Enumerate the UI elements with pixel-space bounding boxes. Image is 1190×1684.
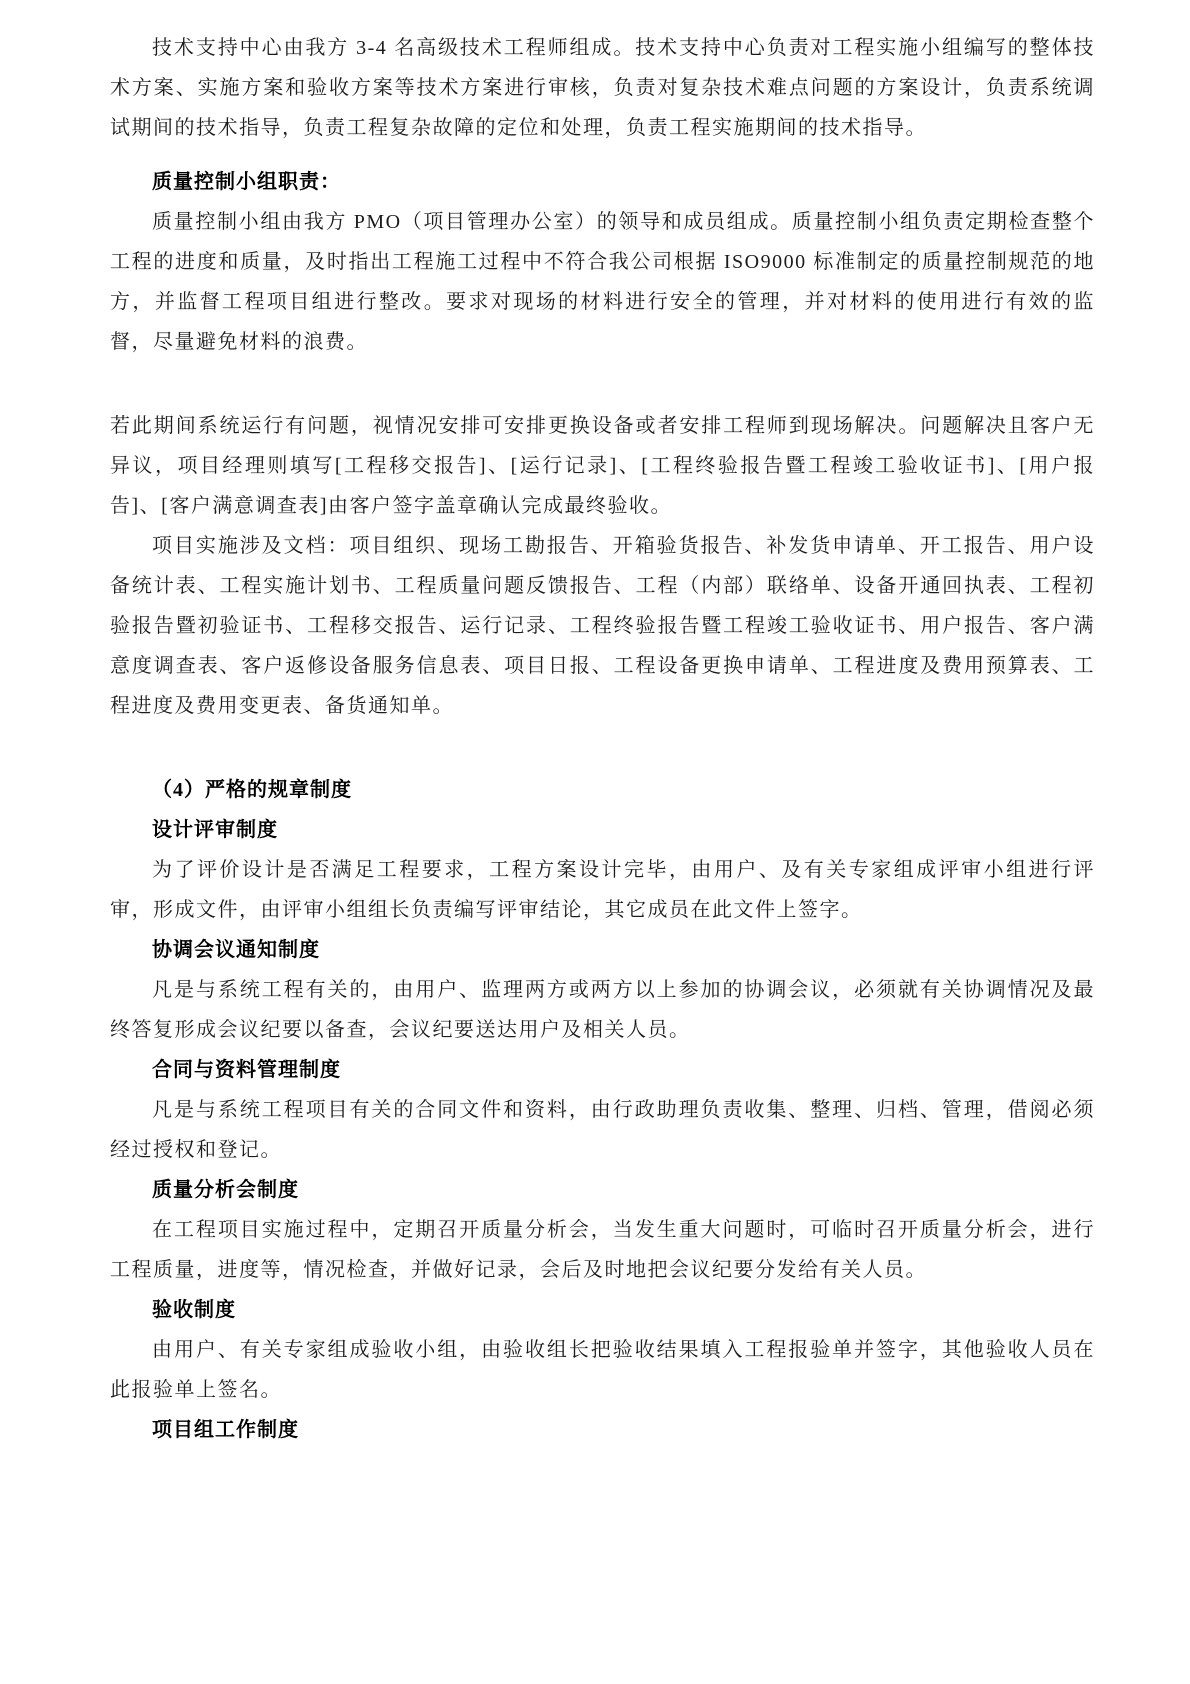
heading-quality-control-duties: 质量控制小组职责： (110, 162, 1095, 202)
blank-line (110, 362, 1095, 406)
paragraph-contract-archive-management: 凡是与系统工程项目有关的合同文件和资料，由行政助理负责收集、整理、归档、管理，借… (110, 1090, 1095, 1170)
blank-line (110, 726, 1095, 770)
paragraph-final-acceptance: 若此期间系统运行有问题，视情况安排可安排更换设备或者安排工程师到现场解决。问题解… (110, 406, 1095, 526)
paragraph-coordination-meeting-notice: 凡是与系统工程有关的，由用户、监理两方或两方以上参加的协调会议，必须就有关协调情… (110, 970, 1095, 1050)
heading-quality-analysis-meeting: 质量分析会制度 (110, 1170, 1095, 1210)
paragraph-acceptance-rule: 由用户、有关专家组成验收小组，由验收组长把验收结果填入工程报验单并签字，其他验收… (110, 1330, 1095, 1410)
heading-coordination-meeting-notice: 协调会议通知制度 (110, 930, 1095, 970)
paragraph-tech-support-center: 技术支持中心由我方 3-4 名高级技术工程师组成。技术支持中心负责对工程实施小组… (110, 28, 1095, 148)
heading-contract-archive-management: 合同与资料管理制度 (110, 1050, 1095, 1090)
paragraph-quality-analysis-meeting: 在工程项目实施过程中，定期召开质量分析会，当发生重大问题时，可临时召开质量分析会… (110, 1210, 1095, 1290)
heading-project-team-rule: 项目组工作制度 (110, 1410, 1095, 1450)
paragraph-quality-control-duties: 质量控制小组由我方 PMO（项目管理办公室）的领导和成员组成。质量控制小组负责定… (110, 202, 1095, 362)
heading-design-review: 设计评审制度 (110, 810, 1095, 850)
heading-acceptance-rule: 验收制度 (110, 1290, 1095, 1330)
blank-line (110, 148, 1095, 162)
paragraph-project-documents: 项目实施涉及文档：项目组织、现场工勘报告、开箱验货报告、补发货申请单、开工报告、… (110, 526, 1095, 726)
heading-strict-rules: （4）严格的规章制度 (110, 770, 1095, 810)
paragraph-design-review: 为了评价设计是否满足工程要求，工程方案设计完毕，由用户、及有关专家组成评审小组进… (110, 850, 1095, 930)
document-page: 技术支持中心由我方 3-4 名高级技术工程师组成。技术支持中心负责对工程实施小组… (0, 0, 1190, 1684)
